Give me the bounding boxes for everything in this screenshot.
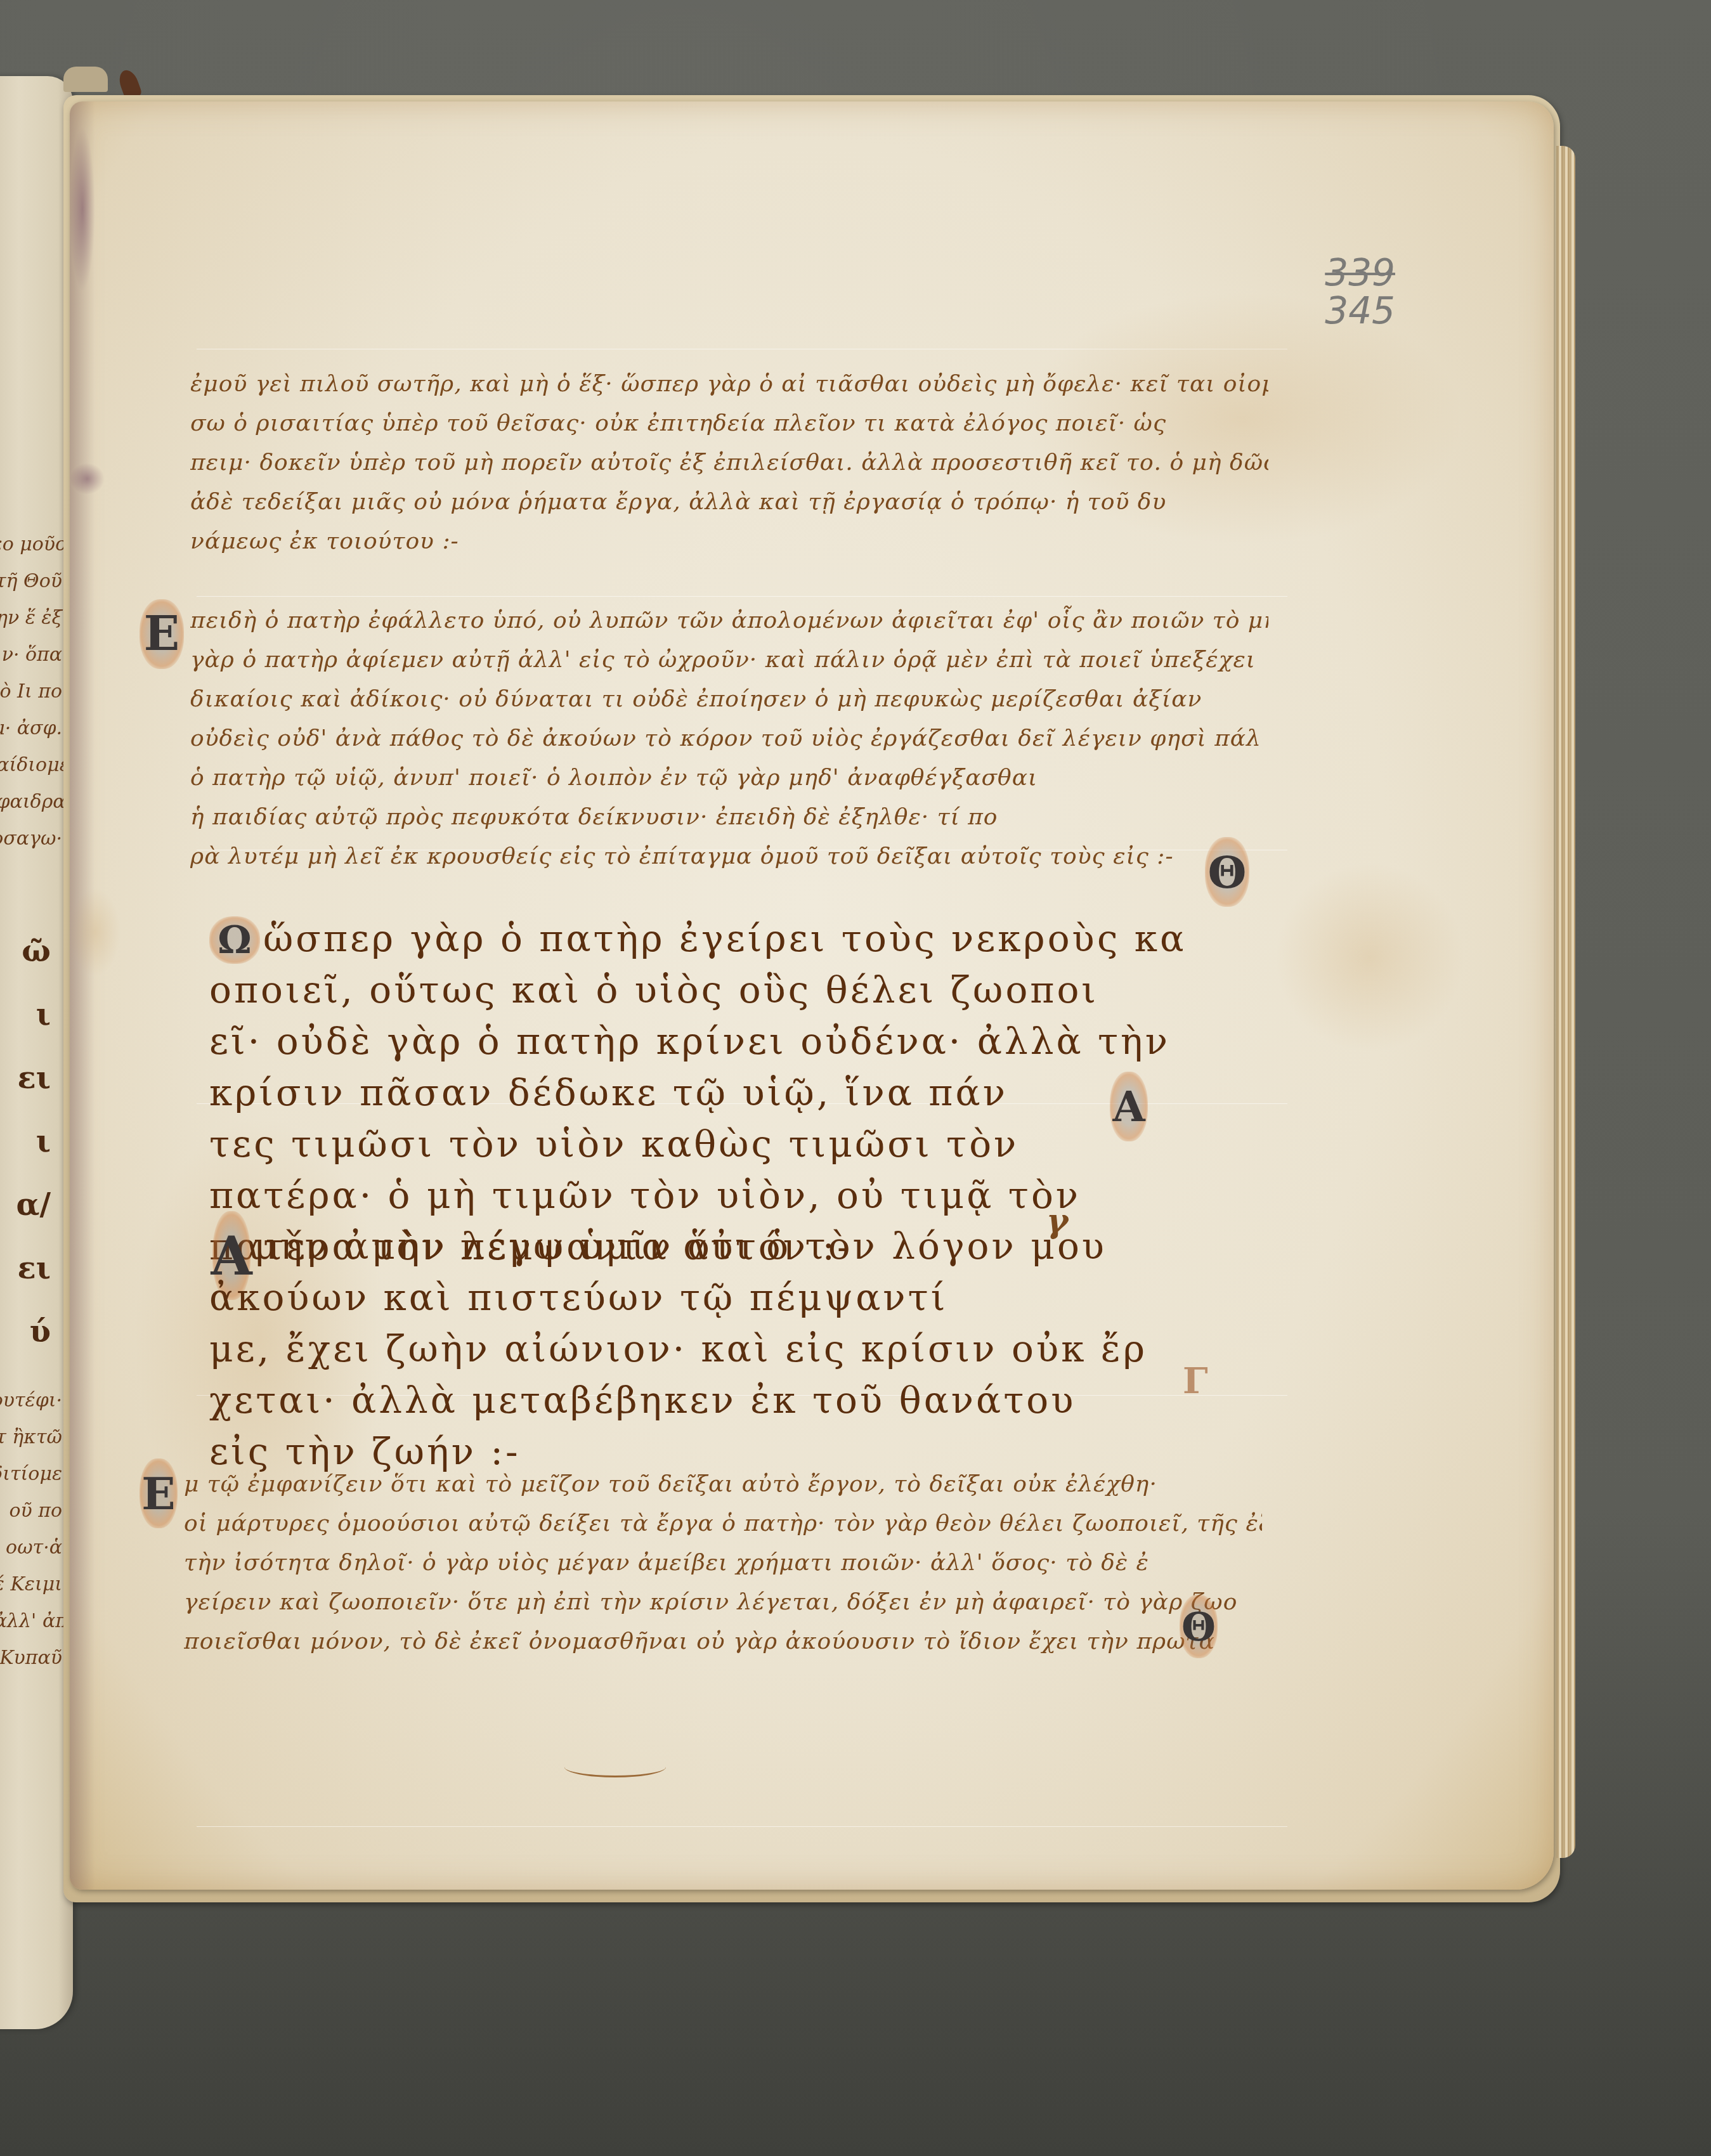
marginal-letter-gamma: Γ	[1183, 1360, 1208, 1402]
marginal-initial-theta-2: Θ	[1180, 1595, 1218, 1658]
commentary-block-1: ἐμοῦ γεὶ πιλοῦ σωτῆρ, καὶ μὴ ὁ ἕξ· ὥσπερ…	[190, 365, 1268, 561]
marginal-initial-theta: Θ	[1205, 837, 1249, 907]
foxing	[1275, 862, 1465, 1053]
commentary-block-3: μ τῷ ἐμφανίζειν ὅτι καὶ τὸ μεῖζον τοῦ δε…	[184, 1465, 1262, 1661]
illuminated-initial-epsilon: Ε	[140, 599, 184, 669]
pen-flourish	[564, 1757, 666, 1777]
recto-page: 339 345 ἐμοῦ γεὶ πιλοῦ σωτῆρ, καὶ μὴ ὁ ἕ…	[70, 101, 1554, 1890]
ruling-line	[197, 1826, 1287, 1827]
marginal-initial-alpha: Α	[1110, 1072, 1148, 1141]
facing-verso-page: ο ἑο μοῦσι τῆ Θοῦ ιην ἕ ἐξ ν· ὅπα ορὸ Ιι…	[0, 76, 73, 2029]
facing-page-lower-text: Τουτέφι· ετ ἢκτῶ ωδιτίομε οῦ πο οωτ·ἁ ρέ…	[0, 1382, 70, 1677]
illuminated-initial-epsilon-2: Ε	[140, 1458, 178, 1528]
fore-edge-leaves	[1556, 146, 1575, 1858]
binding-cord	[63, 67, 108, 92]
folio-number: 339 345	[1325, 254, 1395, 330]
gutter-stain	[70, 127, 95, 292]
gospel-lemma-block-2: μὴν ἀμὴν λέγω ὑμῖν ὅτι ὁ τὸν λόγον μου ἀ…	[254, 1221, 1173, 1477]
ink-stain	[70, 463, 105, 495]
stain	[70, 888, 120, 977]
folio-number-current: 345	[1325, 292, 1395, 330]
facing-page-small-text: ο ἑο μοῦσι τῆ Θοῦ ιην ἕ ἐξ ν· ὅπα ορὸ Ιι…	[0, 526, 70, 857]
facing-page-large-text: ῶ ι ει ι α/ ει ύ	[0, 919, 70, 1363]
ruling-line	[197, 596, 1287, 597]
folio-number-cancelled: 339	[1325, 254, 1395, 292]
gospel-lemma-block-1: ὥσπερ γὰρ ὁ πατὴρ ἐγείρει τοὺς νεκροὺς κ…	[263, 913, 1183, 1273]
illuminated-initial-omega: Ω	[209, 916, 260, 964]
commentary-block-2: πειδὴ ὁ πατὴρ ἐφάλλετο ὑπό, οὐ λυπῶν τῶν…	[190, 601, 1268, 876]
